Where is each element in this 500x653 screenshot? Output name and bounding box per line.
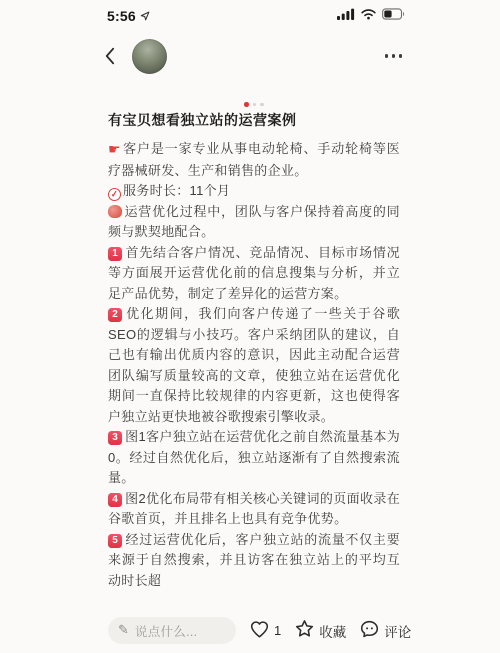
number-badge: 2 <box>108 308 122 322</box>
battery-icon <box>382 7 406 25</box>
section-text: 经过运营优化后，客户独立站的流量不仅主要来源于自然搜索，并且访客在独立站上的平均… <box>108 532 400 588</box>
numbered-section: 3图1客户独立站在运营优化之前自然流量基本为0。经过自然优化后，独立站逐渐有了自… <box>108 427 400 489</box>
section-text: 优化期间，我们向客户传递了一些关于谷歌SEO的逻辑与小技巧。客户采纳团队的建议，… <box>108 306 400 424</box>
numbered-section: 1首先结合客户情况、竞品情况、目标市场情况等方面展开运营优化前的信息搜集与分析，… <box>108 243 400 305</box>
intro-text: 服务时长：11个月 <box>123 183 230 198</box>
post-title: 有宝贝想看独立站的运营案例 <box>108 110 400 130</box>
number-badge: 1 <box>108 247 122 261</box>
carousel-dot <box>253 103 257 107</box>
like-count: 1 <box>274 623 281 638</box>
intro-paragraph: ☛客户是一家专业从事电动轮椅、手动轮椅等医疗器械研发、生产和销售的企业。 <box>108 139 400 181</box>
fist-icon <box>108 205 122 218</box>
section-text: 首先结合客户情况、竞品情况、目标市场情况等方面展开运营优化前的信息搜集与分析，并… <box>108 245 400 301</box>
numbered-section: 4图2优化布局带有相关核心关键词的页面收录在谷歌首页，并且排名上也具有竞争优势。 <box>108 489 400 530</box>
section-text: 图1客户独立站在运营优化之前自然流量基本为0。经过自然优化后，独立站逐渐有了自然… <box>108 429 400 485</box>
numbered-section: 2优化期间，我们向客户传递了一些关于谷歌SEO的逻辑与小技巧。客户采纳团队的建议… <box>108 304 400 427</box>
action-buttons: 1 收藏 评论 <box>248 618 411 643</box>
pencil-icon: ✎ <box>118 624 129 637</box>
comment-input[interactable]: ✎ 说点什么... <box>108 617 236 644</box>
intro-text: 客户是一家专业从事电动轮椅、手动轮椅等医疗器械研发、生产和销售的企业。 <box>108 141 400 178</box>
carousel-dot <box>260 103 264 107</box>
number-badge: 3 <box>108 431 122 445</box>
collect-button[interactable]: 收藏 <box>293 618 346 643</box>
comment-bubble-icon <box>358 618 381 643</box>
check-badge-icon: ✓ <box>107 187 122 202</box>
intro-paragraph: ✓服务时长：11个月 <box>108 181 400 202</box>
status-icons <box>337 7 406 25</box>
comment-button[interactable]: 评论 <box>358 618 411 643</box>
collect-label: 收藏 <box>319 621 346 641</box>
section-text: 图2优化布局带有相关核心关键词的页面收录在谷歌首页，并且排名上也具有竞争优势。 <box>108 491 400 527</box>
clock-time: 5:56 <box>107 8 136 24</box>
intro-paragraph: 运营优化过程中，团队与客户保持着高度的同频与默契地配合。 <box>108 202 400 243</box>
location-arrow-icon <box>140 11 150 21</box>
comment-placeholder: 说点什么... <box>135 622 198 640</box>
carousel-dots <box>104 102 404 107</box>
bottom-bar: ✎ 说点什么... 1 收藏 <box>0 608 500 653</box>
number-badge: 4 <box>108 493 122 507</box>
numbered-section: 5经过运营优化后，客户独立站的流量不仅主要来源于自然搜索，并且访客在独立站上的平… <box>108 530 400 592</box>
more-options-icon[interactable] <box>381 48 407 64</box>
app-screen: 5:56 <box>0 0 500 653</box>
nav-bar <box>104 36 406 76</box>
star-icon <box>293 618 316 643</box>
point-right-icon: ☛ <box>108 140 121 161</box>
number-badge: 5 <box>108 534 122 548</box>
status-bar: 5:56 <box>107 7 406 25</box>
cellular-signal-icon <box>337 7 355 25</box>
like-button[interactable]: 1 <box>248 618 281 643</box>
author-avatar[interactable] <box>132 39 167 74</box>
intro-text: 运营优化过程中，团队与客户保持着高度的同频与默契地配合。 <box>108 204 400 240</box>
comment-label: 评论 <box>384 621 411 641</box>
heart-icon <box>248 618 271 643</box>
post-body: ☛客户是一家专业从事电动轮椅、手动轮椅等医疗器械研发、生产和销售的企业。 ✓服务… <box>108 139 400 591</box>
wifi-icon <box>360 7 377 25</box>
back-icon[interactable] <box>104 45 120 67</box>
carousel-dot-active <box>244 102 249 107</box>
